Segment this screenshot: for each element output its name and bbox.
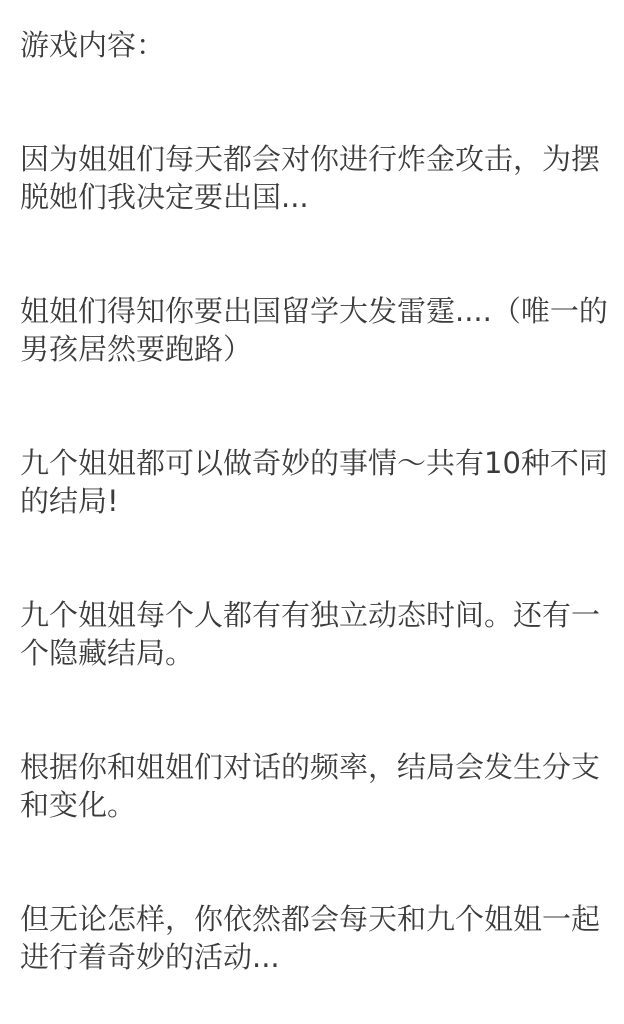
page-title: 游戏内容： [20, 26, 614, 64]
paragraph-intro: 因为姐姐们每天都会对你进行炸金攻击，为摆脱她们我决定要出国... [20, 140, 614, 216]
paragraph-sisters-react: 姐姐们得知你要出国留学大发雷霆....（唯一的男孩居然要跑路） [20, 292, 614, 368]
paragraph-dialogue-frequency: 根据你和姐姐们对话的频率，结局会发生分支和变化。 [20, 748, 614, 824]
article: 游戏内容： 因为姐姐们每天都会对你进行炸金攻击，为摆脱她们我决定要出国... 姐… [0, 0, 624, 1024]
paragraph-daily-activities: 但无论怎样，你依然都会每天和九个姐姐一起进行着奇妙的活动... [20, 900, 614, 976]
paragraph-dynamic-time: 九个姐姐每个人都有有独立动态时间。还有一个隐藏结局。 [20, 596, 614, 672]
paragraph-endings-count: 九个姐姐都可以做奇妙的事情～共有10种不同的结局! [20, 444, 614, 520]
